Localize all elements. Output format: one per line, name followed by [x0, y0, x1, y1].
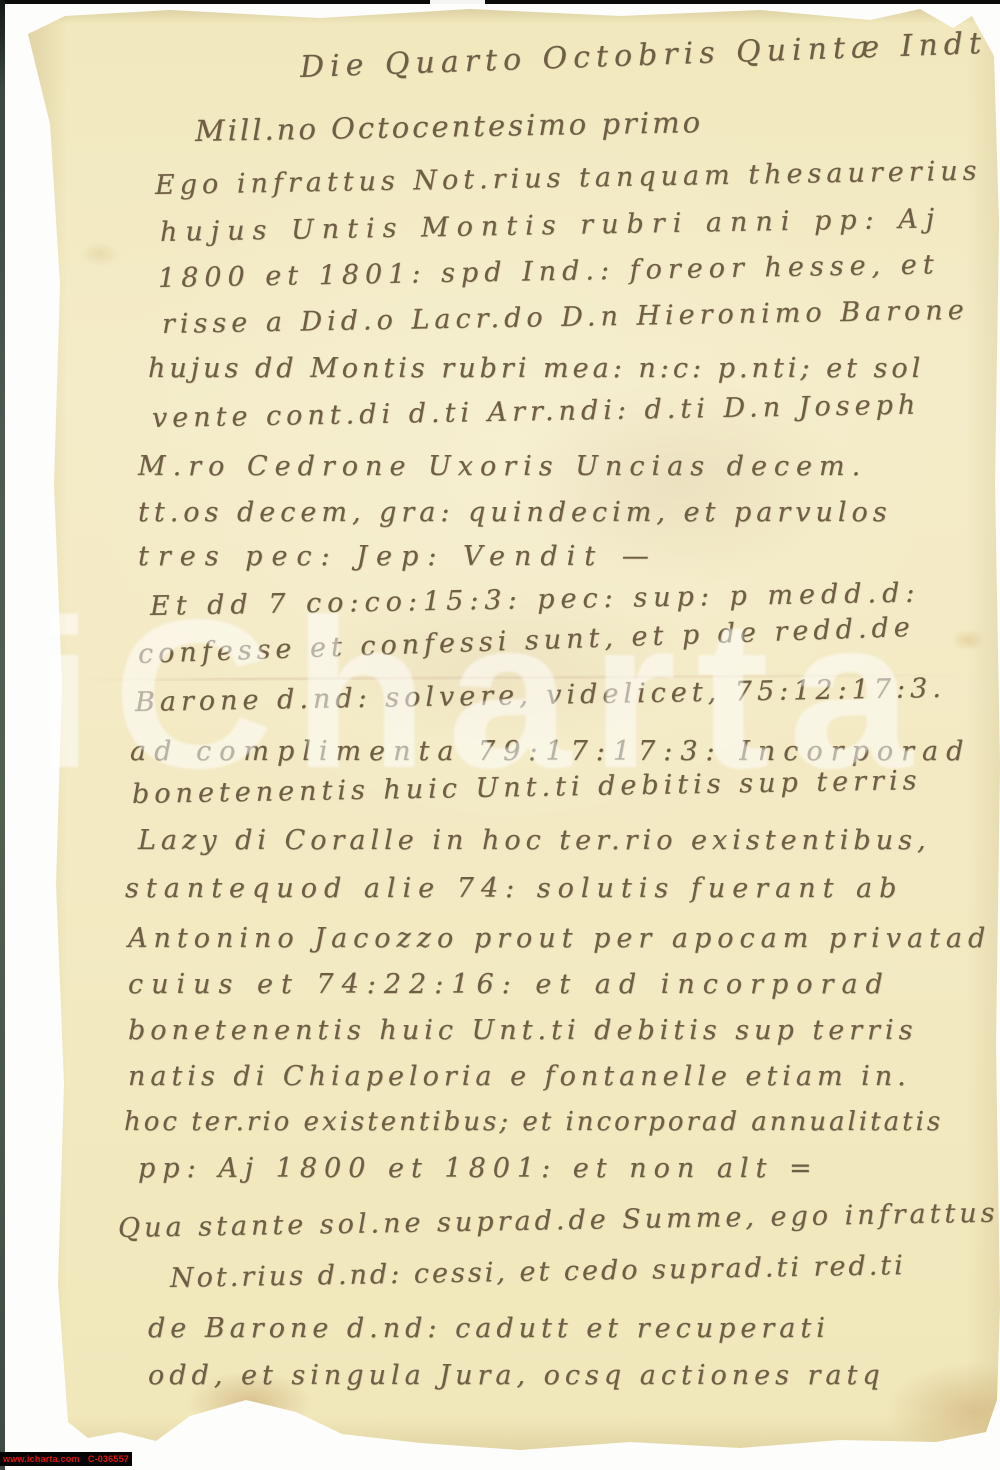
- manuscript-line: bonetenentis huic Unt.ti debitis sup ter…: [128, 1015, 918, 1046]
- manuscript-line: 1800 et 1801: spd Ind.: foreor hesse, et: [158, 249, 940, 294]
- manuscript-line: de Barone d.nd: cadutt et recuperati: [148, 1313, 830, 1344]
- icharta-site-label: www.icharta.com: [3, 1454, 80, 1464]
- manuscript-line: Die Quarto Octobris Quintæ Indt: [299, 26, 987, 85]
- archive-code-label: C-036557: [88, 1454, 129, 1464]
- manuscript-line: odd, et singula Jura, ocsq actiones ratq: [148, 1360, 885, 1391]
- manuscript-line: Antonino Jacozzo prout per apocam privat…: [128, 923, 991, 954]
- manuscript-line: Ego infrattus Not.rius tanquam thesaurer…: [155, 156, 982, 201]
- manuscript-line: Barone d.nd: solvere, videlicet, 75:12:1…: [135, 673, 946, 718]
- manuscript-line: hujus Untis Montis rubri anni pp: Aj: [160, 203, 943, 248]
- scanned-manuscript-page: Die Quarto Octobris Quintæ IndtMill.no O…: [0, 0, 1000, 1470]
- manuscript-line: tres pec: Jep: Vendit —: [138, 541, 658, 572]
- manuscript-line: hoc ter.rio existentibus; et incorporad …: [124, 1107, 943, 1137]
- manuscript-line: Not.rius d.nd: cessi, et cedo suprad.ti …: [170, 1250, 906, 1294]
- manuscript-line: tt.os decem, gra: quindecim, et parvulos: [138, 497, 892, 528]
- manuscript-line: Mill.no Octocentesimo primo: [195, 105, 704, 148]
- manuscript-line: bonetenentis huic Unt.ti debitis sup ter…: [132, 765, 922, 810]
- manuscript-line: vente cont.di d.ti Arr.ndi: d.ti D.n Jos…: [152, 390, 921, 434]
- manuscript-line: natis di Chiapeloria e fontanelle etiam …: [128, 1061, 911, 1092]
- manuscript-line: Lazy di Coralle in hoc ter.rio existenti…: [138, 825, 931, 856]
- icharta-footer-bar: www.icharta.com C-036557: [0, 1452, 132, 1466]
- manuscript-line: confesse et confessi sunt, et p de redd.…: [137, 612, 915, 670]
- manuscript-line: Qua stante sol.ne suprad.de Summe, ego i…: [118, 1198, 999, 1244]
- manuscript-line: risse a Did.o Lacr.do D.n Hieronimo Baro…: [162, 295, 969, 340]
- manuscript-line: ad complimenta 79:17:17:3: Incorporad: [130, 736, 971, 767]
- handwriting-layer: Die Quarto Octobris Quintæ IndtMill.no O…: [0, 0, 1000, 1470]
- manuscript-line: cuius et 74:22:16: et ad incorporad: [128, 969, 891, 1000]
- manuscript-line: pp: Aj 1800 et 1801: et non alt =: [138, 1153, 819, 1184]
- manuscript-line: M.ro Cedrone Uxoris Uncias decem.: [138, 451, 867, 482]
- manuscript-line: stantequod alie 74: solutis fuerant ab: [125, 873, 903, 904]
- manuscript-line: hujus dd Montis rubri mea: n:c: p.nti; e…: [148, 353, 924, 384]
